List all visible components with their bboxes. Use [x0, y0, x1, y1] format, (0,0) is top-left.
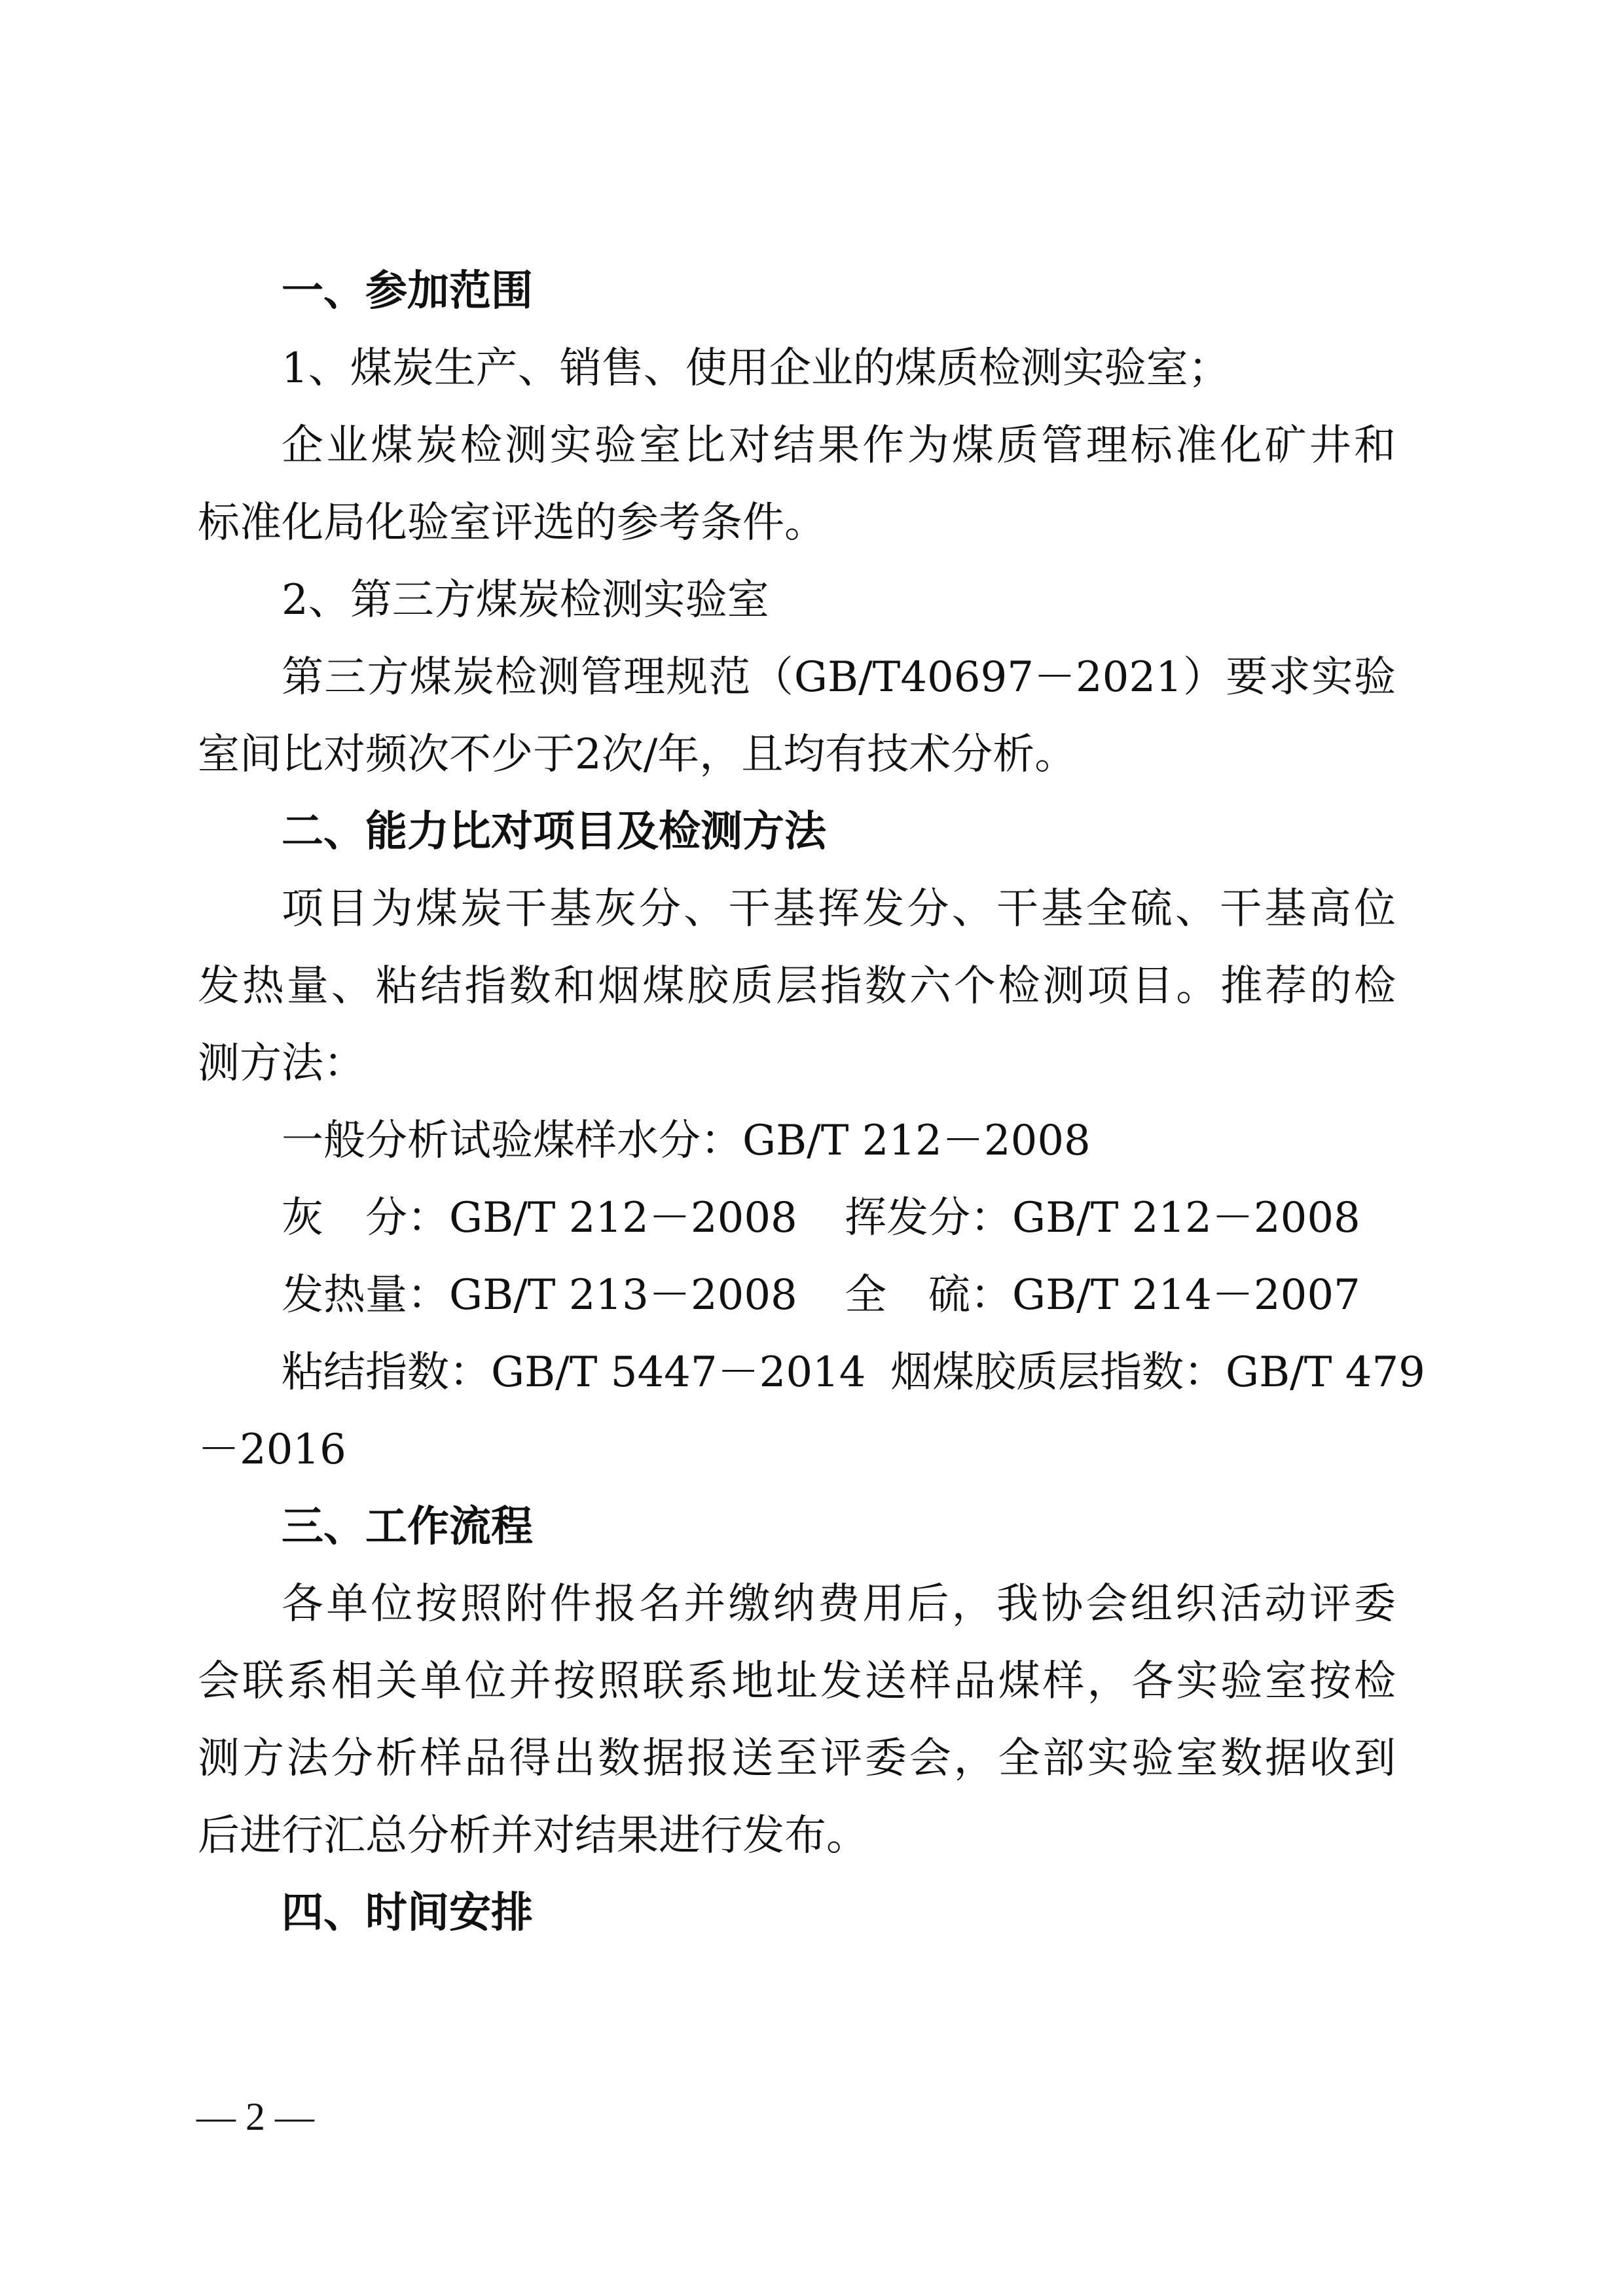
workflow-body-line-4: 后进行汇总分析并对结果进行发布。 [198, 1797, 868, 1874]
section-heading-workflow: 三、工作流程 [282, 1488, 533, 1566]
items-body-line-2: 发热量、粘结指数和烟煤胶质层指数六个检测项目。推荐的检 [198, 948, 1396, 1025]
method-volatile: 挥发分：GB/T 212－2008 [845, 1179, 1360, 1257]
scope-item-1-title: 1、煤炭生产、销售、使用企业的煤质检测实验室； [282, 330, 1230, 407]
scope-item-1-body-line-2: 标准化局化验室评选的参考条件。 [198, 484, 826, 562]
method-calorific: 发热量：GB/T 213－2008 [282, 1257, 845, 1334]
workflow-body-line-3: 测方法分析样品得出数据报送至评委会，全部实验室数据收到 [198, 1720, 1396, 1797]
section-heading-items-methods: 二、能力比对项目及检测方法 [282, 793, 826, 870]
method-plastometer-continued: －2016 [198, 1411, 346, 1488]
method-plastometer: 烟煤胶质层指数：GB/T 479 [890, 1334, 1425, 1411]
section-heading-scope: 一、参加范围 [282, 253, 533, 330]
method-row-calorific-sulfur: 发热量：GB/T 213－2008全 硫：GB/T 214－2007 [282, 1257, 1360, 1334]
method-caking: 粘结指数：GB/T 5447－2014 [282, 1334, 890, 1411]
section-heading-schedule: 四、时间安排 [282, 1874, 533, 1952]
scope-item-1-body-line-1: 企业煤炭检测实验室比对结果作为煤质管理标准化矿井和 [282, 407, 1396, 484]
scope-item-2-title: 2、第三方煤炭检测实验室 [282, 562, 769, 639]
workflow-body-line-2: 会联系相关单位并按照联系地址发送样品煤样，各实验室按检 [198, 1643, 1396, 1720]
method-row-caking-plastometer: 粘结指数：GB/T 5447－2014烟煤胶质层指数：GB/T 479 [282, 1334, 1425, 1411]
items-body-line-1: 项目为煤炭干基灰分、干基挥发分、干基全硫、干基高位 [282, 870, 1396, 948]
workflow-body-line-1: 各单位按照附件报名并缴纳费用后，我协会组织活动评委 [282, 1566, 1396, 1643]
method-row-ash-volatile: 灰 分：GB/T 212－2008挥发分：GB/T 212－2008 [282, 1179, 1360, 1257]
items-body-line-3: 测方法： [198, 1025, 365, 1102]
scope-item-2-body-line-1: 第三方煤炭检测管理规范（GB/T40697－2021）要求实验 [282, 639, 1396, 716]
method-ash: 灰 分：GB/T 212－2008 [282, 1179, 845, 1257]
page-number: — 2 — [196, 2094, 314, 2140]
method-moisture: 一般分析试验煤样水分：GB/T 212－2008 [282, 1102, 1091, 1179]
scope-item-2-body-line-2: 室间比对频次不少于2次/年，且均有技术分析。 [198, 716, 1076, 793]
method-sulfur: 全 硫：GB/T 214－2007 [845, 1257, 1360, 1334]
